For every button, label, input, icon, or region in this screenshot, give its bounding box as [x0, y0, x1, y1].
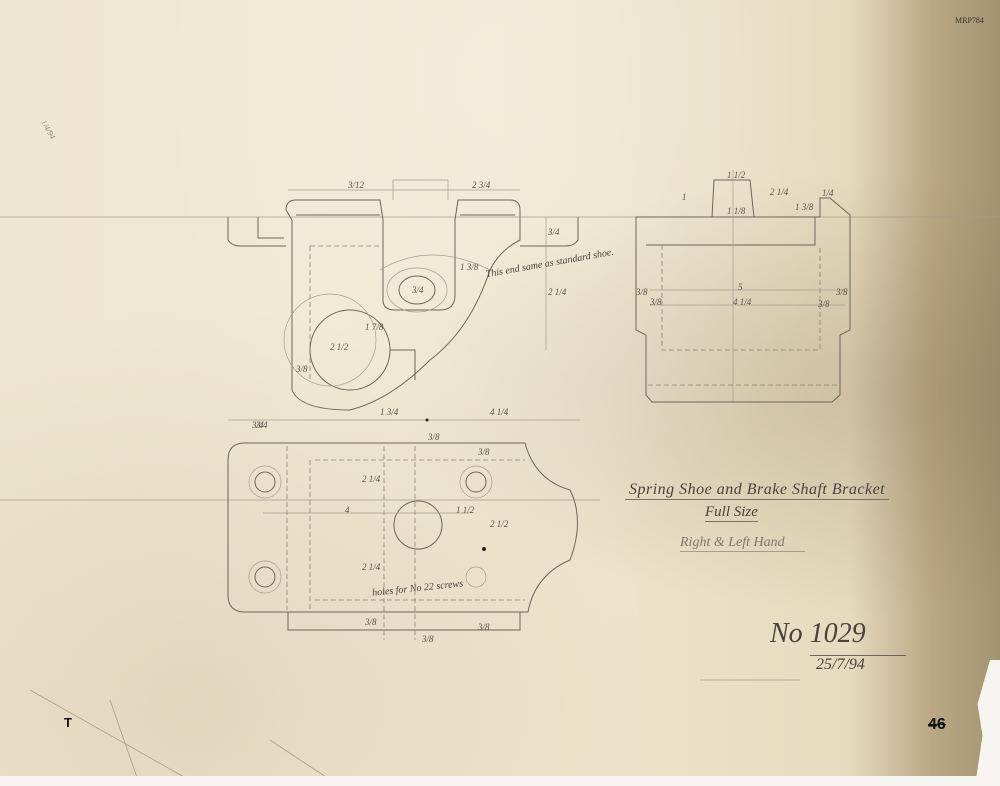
- svg-text:2 1/2: 2 1/2: [330, 342, 349, 352]
- svg-text:3/8: 3/8: [477, 447, 490, 457]
- hand-note: Right & Left Hand: [680, 535, 805, 552]
- torn-edge-bottom: [0, 776, 1000, 786]
- svg-text:4 1/4: 4 1/4: [490, 407, 509, 417]
- svg-text:4 1/4: 4 1/4: [733, 297, 752, 307]
- archive-reference: MRP784: [955, 16, 984, 25]
- svg-text:3/4: 3/4: [251, 420, 264, 430]
- sheet-number-stamp: 46: [928, 716, 946, 734]
- svg-text:3/8: 3/8: [835, 287, 848, 297]
- svg-text:3/8: 3/8: [477, 622, 490, 632]
- svg-text:1 3/4: 1 3/4: [380, 407, 399, 417]
- svg-text:1 7/8: 1 7/8: [365, 322, 384, 332]
- corner-stamp: T: [64, 715, 72, 730]
- svg-text:2 1/4: 2 1/4: [362, 474, 381, 484]
- drawing-number: No 1029: [770, 618, 866, 650]
- svg-text:1 1/8: 1 1/8: [727, 206, 746, 216]
- plan-view: 3/4 3/8 3/8 2 1/4 4 1 1/2 2 1/2 2 1/4 3/…: [228, 419, 578, 645]
- svg-text:2 3/4: 2 3/4: [472, 180, 491, 190]
- svg-text:2 1/4: 2 1/4: [770, 187, 789, 197]
- drawing-sheet: 3/12 2 3/4 3/4 1 3/8 2 1/4 3/4 1 7/8 2 1…: [0, 0, 1000, 786]
- svg-text:2 1/4: 2 1/4: [362, 562, 381, 572]
- svg-text:3/8: 3/8: [649, 297, 662, 307]
- svg-text:3/8: 3/8: [635, 287, 648, 297]
- svg-text:3/8: 3/8: [817, 299, 830, 309]
- svg-text:4: 4: [345, 505, 350, 515]
- svg-text:1 1/2: 1 1/2: [456, 505, 475, 515]
- svg-text:5: 5: [738, 282, 743, 292]
- svg-text:3/8: 3/8: [295, 364, 308, 374]
- svg-text:3/8: 3/8: [364, 617, 377, 627]
- side-view: 3/12 2 3/4 3/4 1 3/8 2 1/4 3/4 1 7/8 2 1…: [228, 180, 580, 430]
- svg-text:2 1/4: 2 1/4: [548, 287, 567, 297]
- drawing-date: 25/7/94: [810, 655, 906, 674]
- drawing-title: Spring Shoe and Brake Shaft Bracket: [625, 481, 889, 500]
- svg-text:1/4: 1/4: [822, 188, 834, 198]
- svg-text:1 3/8: 1 3/8: [795, 202, 814, 212]
- drawing-scale: Full Size: [705, 504, 758, 522]
- svg-text:2 1/2: 2 1/2: [490, 519, 509, 529]
- svg-text:3/12: 3/12: [347, 180, 365, 190]
- svg-text:3/4: 3/4: [411, 285, 424, 295]
- svg-text:3/8: 3/8: [421, 634, 434, 644]
- end-view: 1 1/2 1 1/8 2 1/4 1/4 1 1 3/8 5 4 1/4 3/…: [635, 170, 850, 402]
- svg-text:3/4: 3/4: [547, 227, 560, 237]
- svg-text:1 3/8: 1 3/8: [460, 262, 479, 272]
- svg-text:1: 1: [682, 192, 687, 202]
- svg-text:1 1/2: 1 1/2: [727, 170, 746, 180]
- svg-text:3/8: 3/8: [427, 432, 440, 442]
